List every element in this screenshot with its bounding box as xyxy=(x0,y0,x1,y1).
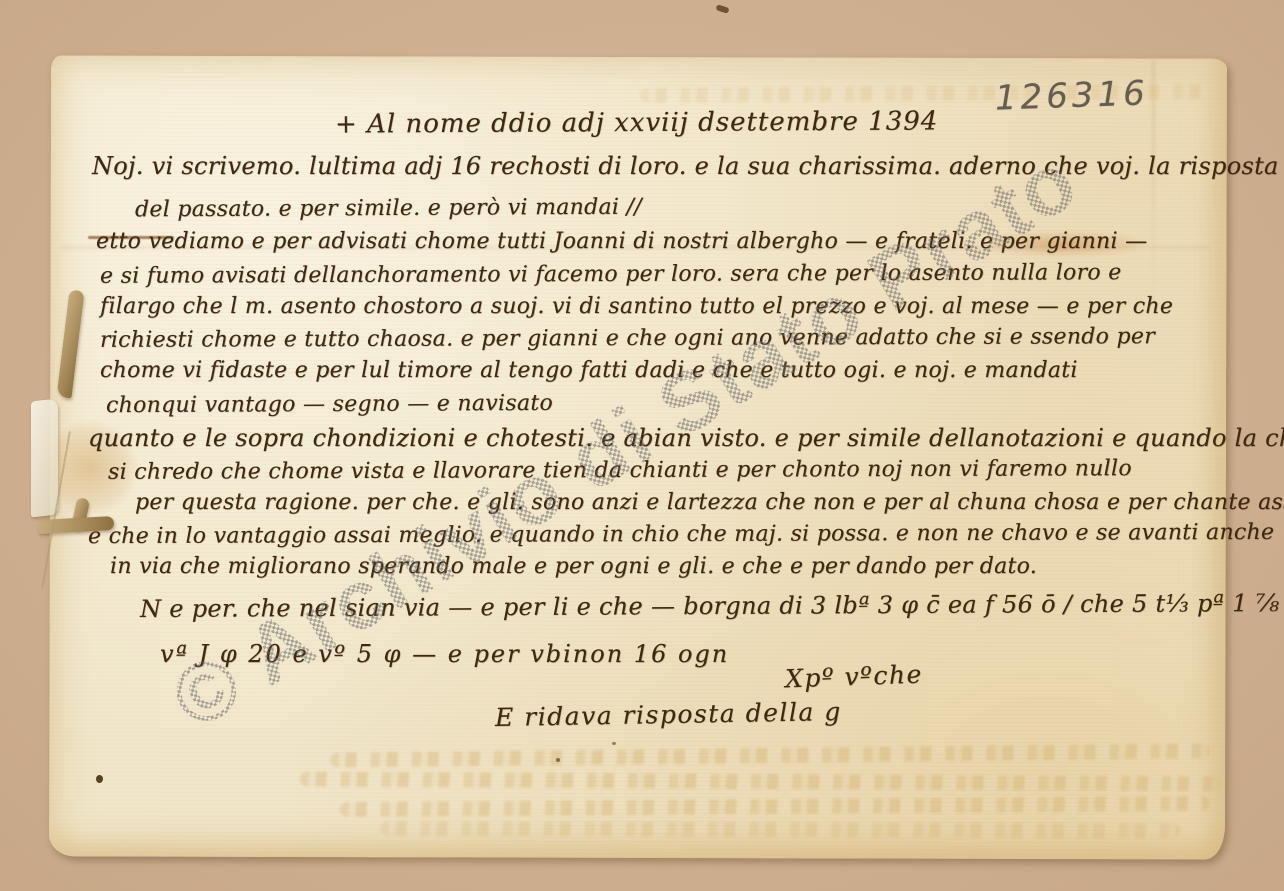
wormhole-speck xyxy=(96,775,103,783)
parchment-tab xyxy=(31,399,58,518)
manuscript-scan: + Al nome ddio adj xxviij dsettembre 139… xyxy=(0,0,1284,891)
manuscript-line: richiesti chome e tutto chaosa. e per gi… xyxy=(100,324,1155,353)
mat-speck xyxy=(715,4,729,14)
manuscript-header-line: + Al nome ddio adj xxviij dsettembre 139… xyxy=(335,106,938,139)
manuscript-line: in via che migliorano sperando male e pe… xyxy=(110,554,1037,579)
show-through-line xyxy=(380,821,1180,839)
signature-line: E ridava risposta della g xyxy=(495,697,842,732)
archive-number: 126316 xyxy=(994,73,1149,118)
manuscript-line: chome vi fidaste e per lul timore al ten… xyxy=(100,358,1078,383)
manuscript-line: chonqui vantago — segno — e navisato xyxy=(106,391,553,418)
ink-speck xyxy=(612,742,616,745)
ink-speck xyxy=(556,758,560,762)
manuscript-line: Noj. vi scrivemo. lultima adj 16 rechost… xyxy=(92,152,1284,180)
manuscript-line: e che in lo vantaggio assai meglio. e qu… xyxy=(88,520,1274,549)
closing-flourish: Xpº vºche xyxy=(785,660,924,694)
manuscript-line: per questa ragione. per che. e gli. sono… xyxy=(135,490,1284,515)
manuscript-line: filargo che l m. asento chostoro a suoj.… xyxy=(100,294,1173,319)
manuscript-line: del passato. e per simile. e però vi man… xyxy=(135,195,642,223)
